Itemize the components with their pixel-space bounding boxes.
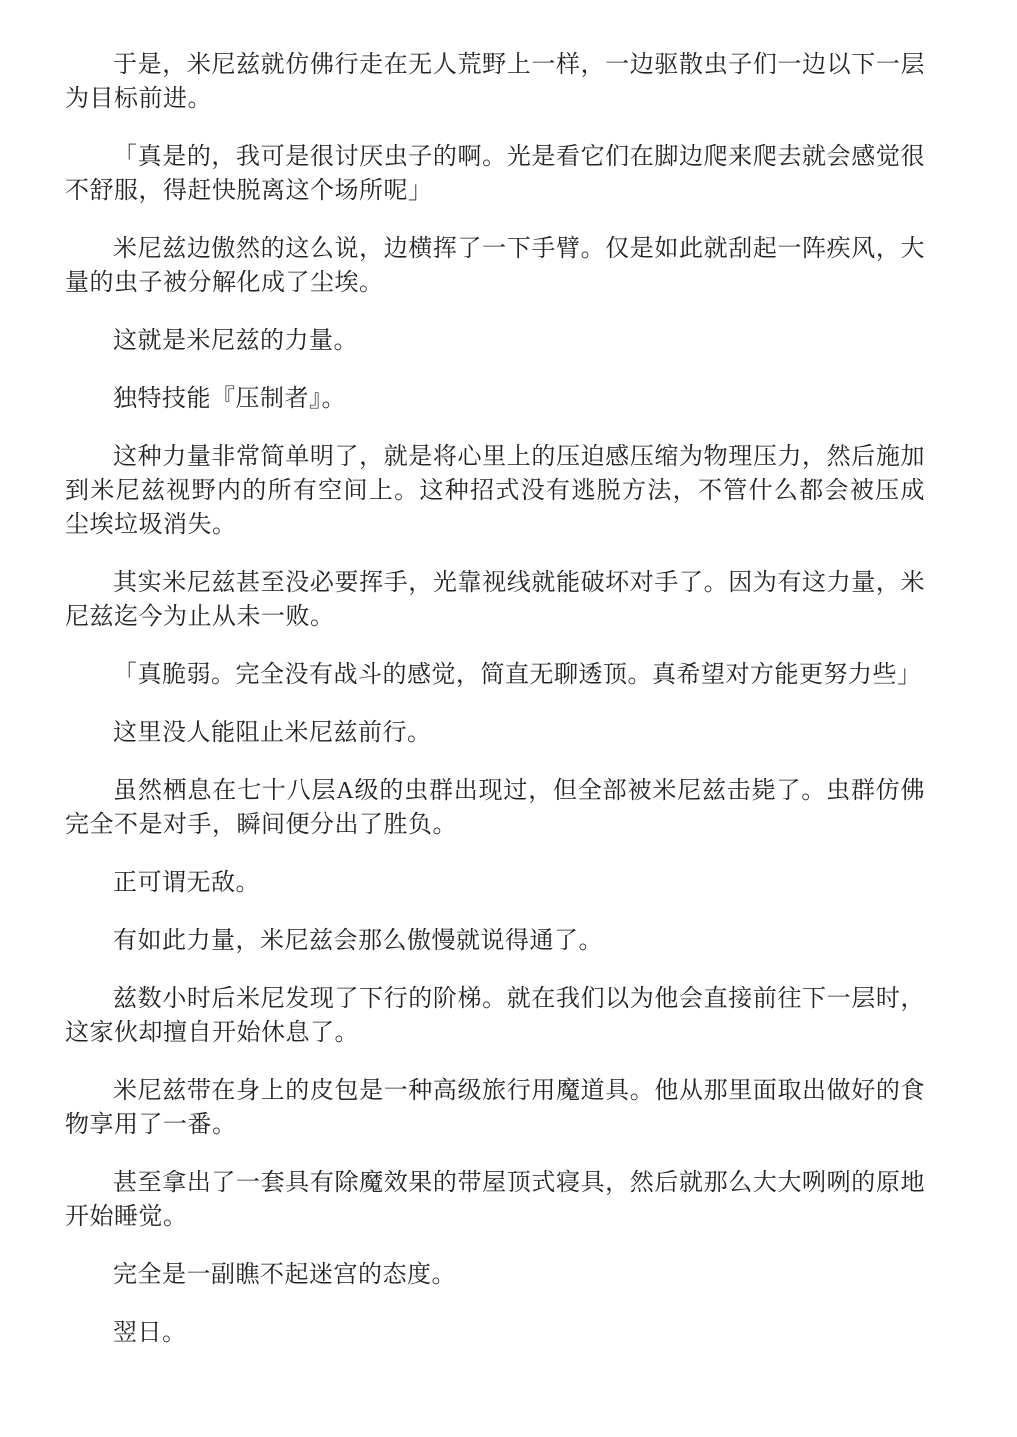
narration-paragraph: 有如此力量，米尼兹会那么傲慢就说得通了。 (65, 924, 925, 958)
narration-paragraph: 翌日。 (65, 1316, 925, 1350)
narration-paragraph: 这种力量非常简单明了，就是将心里上的压迫感压缩为物理压力，然后施加到米尼兹视野内… (65, 440, 925, 542)
narration-paragraph: 这里没人能阻止米尼兹前行。 (65, 716, 925, 750)
narration-paragraph: 米尼兹带在身上的皮包是一种高级旅行用魔道具。他从那里面取出做好的食物享用了一番。 (65, 1074, 925, 1142)
document-page: 于是，米尼兹就仿佛行走在无人荒野上一样，一边驱散虫子们一边以下一层为目标前进。「… (0, 0, 1017, 1437)
narration-paragraph: 兹数小时后米尼发现了下行的阶梯。就在我们以为他会直接前往下一层时，这家伙却擅自开… (65, 982, 925, 1050)
narration-paragraph: 米尼兹边傲然的这么说，边横挥了一下手臂。仅是如此就刮起一阵疾风，大量的虫子被分解… (65, 232, 925, 300)
narration-paragraph: 虽然栖息在七十八层A级的虫群出现过，但全部被米尼兹击毙了。虫群仿佛完全不是对手，… (65, 774, 925, 842)
narration-paragraph: 完全是一副瞧不起迷宫的态度。 (65, 1258, 925, 1292)
narration-paragraph: 甚至拿出了一套具有除魔效果的带屋顶式寝具，然后就那么大大咧咧的原地开始睡觉。 (65, 1166, 925, 1234)
narration-paragraph: 于是，米尼兹就仿佛行走在无人荒野上一样，一边驱散虫子们一边以下一层为目标前进。 (65, 48, 925, 116)
narration-paragraph: 独特技能『压制者』。 (65, 382, 925, 416)
dialogue-paragraph: 「真脆弱。完全没有战斗的感觉，简直无聊透顶。真希望对方能更努力些」 (65, 658, 925, 692)
text-column: 于是，米尼兹就仿佛行走在无人荒野上一样，一边驱散虫子们一边以下一层为目标前进。「… (65, 48, 925, 1350)
dialogue-paragraph: 「真是的，我可是很讨厌虫子的啊。光是看它们在脚边爬来爬去就会感觉很不舒服，得赶快… (65, 140, 925, 208)
narration-paragraph: 其实米尼兹甚至没必要挥手，光靠视线就能破坏对手了。因为有这力量，米尼兹迄今为止从… (65, 566, 925, 634)
narration-paragraph: 这就是米尼兹的力量。 (65, 324, 925, 358)
narration-paragraph: 正可谓无敌。 (65, 866, 925, 900)
